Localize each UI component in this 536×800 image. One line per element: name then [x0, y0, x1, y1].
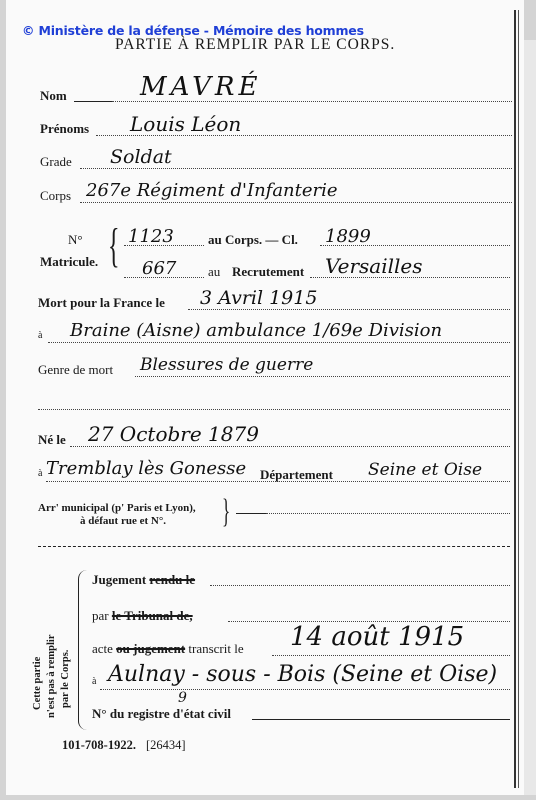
margin-note: 9 — [178, 690, 187, 706]
dotted-line — [272, 655, 510, 656]
form-reference: 101-708-1922.[26434] — [62, 738, 186, 753]
tribunal-label: par le Tribunal de, — [92, 608, 193, 624]
nom-value: MAVRÉ — [140, 72, 261, 102]
recrutement-label: Recrutement — [232, 264, 304, 280]
dotted-line — [80, 202, 512, 203]
prenoms-value: Louis Léon — [130, 112, 241, 136]
matricule-recrutement-number: 667 — [142, 258, 176, 279]
prenoms-label: Prénoms — [40, 121, 89, 137]
arrondissement-label-1: Arr' municipal (p' Paris et Lyon), — [38, 502, 196, 514]
nom-label: Nom — [40, 88, 67, 104]
matricule-corps-number: 1123 — [128, 226, 174, 247]
dotted-line — [38, 409, 510, 410]
genre-mort-label: Genre de mort — [38, 362, 113, 378]
underline — [236, 513, 266, 514]
form-ref: [26434] — [146, 738, 186, 752]
grade-value: Soldat — [110, 146, 172, 168]
naissance-label: Né le — [38, 432, 66, 448]
departement-label: Département — [260, 467, 333, 483]
mort-value: 3 Avril 1915 — [200, 287, 317, 309]
genre-mort-value: Blessures de guerre — [140, 355, 313, 375]
dotted-line — [135, 376, 510, 377]
dotted-line — [210, 585, 510, 586]
arrondissement-label-2: à défaut rue et N°. — [80, 515, 166, 527]
page-edge — [524, 40, 536, 795]
recrutement-value: Versailles — [325, 254, 422, 278]
brace: } — [222, 495, 230, 529]
dotted-line — [48, 342, 510, 343]
lieu-naissance-prefix: à — [38, 468, 42, 479]
au-corps-label: au Corps. — Cl. — [208, 232, 298, 248]
transcription-place: Aulnay - sous - Bois (Seine et Oise) — [108, 662, 497, 687]
registre-label: N° du registre d'état civil — [92, 706, 231, 722]
lieu-mort-prefix: à — [38, 330, 42, 341]
jugement-label: Jugement rendu le — [92, 572, 195, 588]
au-label: au — [208, 264, 220, 280]
side-note-line: n'est pas à remplir — [46, 634, 57, 718]
form-code: 101-708-1922. — [62, 738, 136, 752]
transcription-date: 14 août 1915 — [290, 622, 464, 652]
naissance-value: 27 Octobre 1879 — [88, 422, 259, 446]
dotted-line — [100, 689, 510, 690]
underline — [74, 101, 112, 102]
brace: { — [108, 222, 120, 270]
classe-value: 1899 — [325, 226, 371, 247]
matricule-label-no: N° — [68, 232, 83, 248]
acte-label: acte ou jugement transcrit le — [92, 641, 244, 657]
border-line — [518, 10, 519, 788]
form-title: PARTIE À REMPLIR PAR LE CORPS. — [115, 36, 395, 54]
underline — [252, 719, 510, 720]
side-note-line: Cette partie — [32, 657, 43, 710]
dotted-line — [188, 309, 510, 310]
mort-label: Mort pour la France le — [38, 295, 165, 311]
side-note-line: par le Corps. — [60, 650, 71, 708]
brace — [78, 570, 87, 730]
border-line — [514, 10, 516, 788]
dotted-line — [266, 513, 510, 514]
copyright-watermark: © Ministère de la défense - Mémoire des … — [22, 23, 364, 38]
corps-label: Corps — [40, 188, 71, 204]
corps-value: 267e Régiment d'Infanterie — [86, 180, 338, 201]
separator — [38, 546, 510, 547]
dotted-line — [80, 168, 512, 169]
dotted-line — [70, 446, 510, 447]
lieu-naissance-value: Tremblay lès Gonesse — [46, 458, 246, 479]
grade-label: Grade — [40, 154, 72, 170]
matricule-label: Matricule. — [40, 254, 98, 270]
lieu-mort-value: Braine (Aisne) ambulance 1/69e Division — [70, 320, 442, 341]
departement-value: Seine et Oise — [368, 460, 482, 480]
transcription-place-prefix: à — [92, 676, 96, 687]
